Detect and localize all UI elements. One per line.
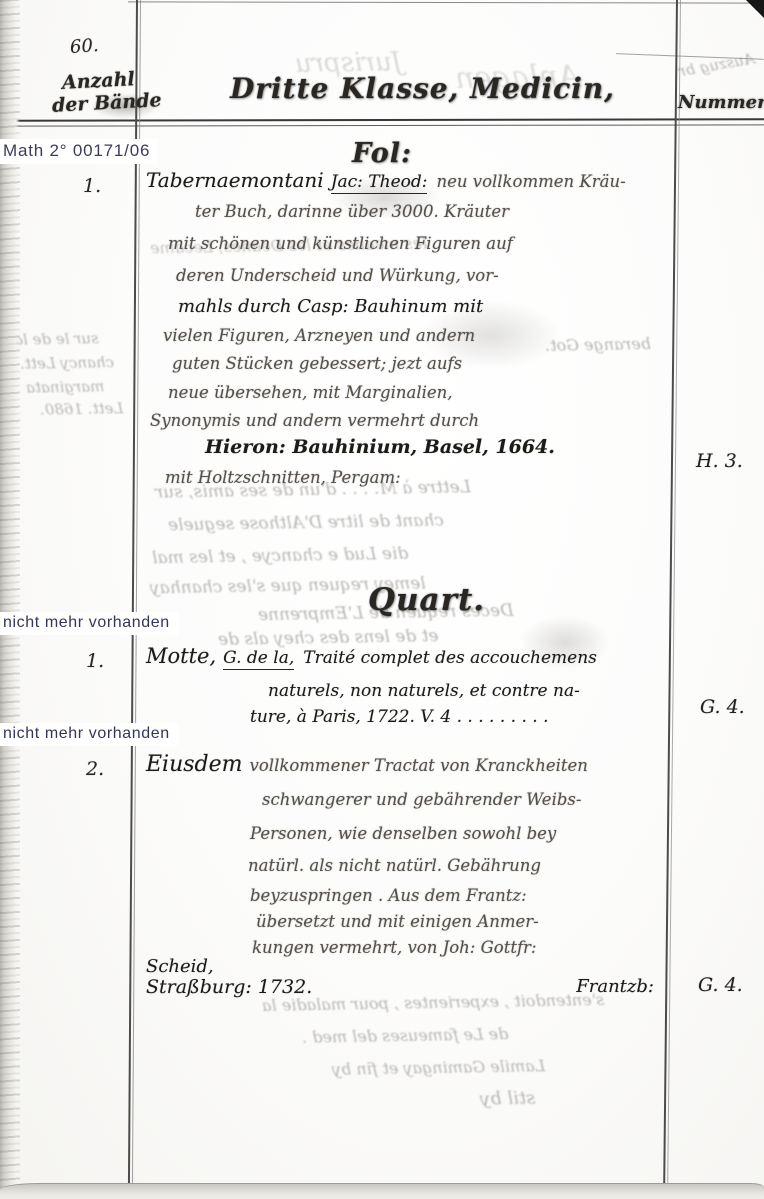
number-column-label: Nummer	[678, 92, 764, 113]
bleedthrough-line: die Lud e chancye , et les mal	[152, 544, 409, 568]
entry-line: Scheid,	[146, 956, 214, 977]
entry-line: ture, à Paris, 1722. V. 4 . . . . . . . …	[250, 707, 549, 727]
entry-imprint: Straßburg: 1732.	[146, 976, 312, 998]
entry-author: Motte,	[146, 644, 216, 668]
entry-line: Hieron: Bauhinium, Basel, 1664.	[205, 436, 555, 458]
entry-title-start: neu vollkommen Kräu-	[436, 172, 625, 191]
not-available-note-2: nicht mehr vorhanden	[0, 723, 178, 746]
folio-number: 60.	[69, 35, 99, 58]
entry-line: ter Buch, darinne über 3000. Kräuter	[195, 202, 509, 221]
entry-line: Eiusdemvollkommener Tractat von Kranckhe…	[146, 752, 588, 777]
entry-shelfmark: G. 4.	[700, 696, 745, 718]
shelfmark-stamp-overlay: Math 2° 00171/06	[0, 139, 158, 164]
entry-line: schwangerer und gebährender Weibs-	[262, 790, 581, 809]
entry-number: 2.	[86, 758, 104, 780]
entry-line: deren Underscheid und Würkung, vor-	[176, 266, 499, 285]
entry-line: neue übersehen, mit Marginalien,	[168, 383, 453, 402]
entry-title-start: vollkommener Tractat von Kranckheiten	[250, 756, 588, 775]
bleedthrough-line: Lett. 1680.	[40, 399, 124, 418]
entry-imprint-line: Straßburg: 1732. Frantzb:	[146, 976, 654, 998]
bleedthrough-line: Auszug br	[677, 49, 756, 80]
entry-line: kungen vermehrt, von Joh: Gottfr:	[252, 938, 537, 957]
entry-title-start: Traité complet des accouchemens	[303, 648, 597, 668]
entry-line: natürl. als nicht natürl. Gebährung	[248, 856, 541, 875]
entry-number: 1.	[83, 175, 101, 197]
entry-line: vielen Figuren, Arzneyen und andern	[163, 326, 475, 345]
entry-line: beyzuspringen . Aus dem Frantz:	[250, 886, 527, 905]
entry-author: Tabernaemontani	[146, 168, 324, 192]
section-heading-quart: Quart.	[368, 582, 485, 618]
entry-author: Eiusdem	[146, 752, 243, 777]
header-divider-rule-2	[6, 124, 764, 126]
bleedthrough-line: chancy Lett.	[20, 353, 114, 373]
header-divider-rule	[6, 118, 764, 122]
page-binding-edge	[0, 0, 20, 1199]
bleedthrough-line: stil by	[480, 1088, 536, 1110]
entry-line: TabernaemontaniJac: Theod:neu vollkommen…	[146, 168, 626, 192]
not-available-note-1: nicht mehr vorhanden	[0, 612, 178, 635]
entry-line: Personen, wie denselben sowohl bey	[250, 824, 556, 843]
entry-binding-note: Frantzb:	[576, 976, 654, 998]
entry-shelfmark: G. 4.	[698, 974, 743, 996]
top-rule	[128, 1, 764, 3]
entry-line: guten Stücken gebessert; jezt aufs	[172, 354, 462, 373]
entry-line: mit schönen und künstlichen Figuren auf	[168, 234, 513, 253]
class-title: Dritte Klasse, Medicin,	[230, 72, 615, 105]
entry-number: 1.	[86, 650, 104, 672]
entry-line: mit Holtzschnitten, Pergam:	[165, 468, 401, 487]
bleedthrough-line: sur le de la	[14, 329, 99, 348]
catalog-page: Auszug br Jurispru Anlagen les meanes et…	[0, 0, 764, 1199]
entry-author-detail: G. de la,	[223, 648, 294, 670]
entry-author-detail: Jac: Theod:	[331, 172, 428, 194]
bleedthrough-line: marginata	[26, 377, 105, 396]
entry-line: Motte,G. de la,Traité complet des accouc…	[146, 644, 597, 668]
entry-line: Synonymis und andern vermehrt durch	[150, 411, 479, 430]
bleedthrough-line: de Le fameuses del med .	[302, 1024, 509, 1047]
bleedthrough-line: Lamile Gamingay et fin by	[332, 1056, 546, 1079]
page-bottom-edge	[0, 1183, 764, 1199]
volumes-column-label-line1: Anzahl	[61, 68, 135, 94]
bleedthrough-line: chant de litre D'Althose seguele	[168, 511, 444, 536]
entry-line: übersetzt und mit einigen Anmer-	[256, 912, 539, 931]
entry-line: naturels, non naturels, et contre na-	[268, 681, 580, 701]
entry-line: mahls durch Casp: Bauhinum mit	[178, 296, 483, 317]
entry-shelfmark: H. 3.	[696, 450, 743, 472]
right-column-rule	[663, 0, 678, 1192]
section-heading-fol: Fol:	[352, 138, 412, 169]
bleedthrough-line: berange Got.	[545, 334, 651, 355]
